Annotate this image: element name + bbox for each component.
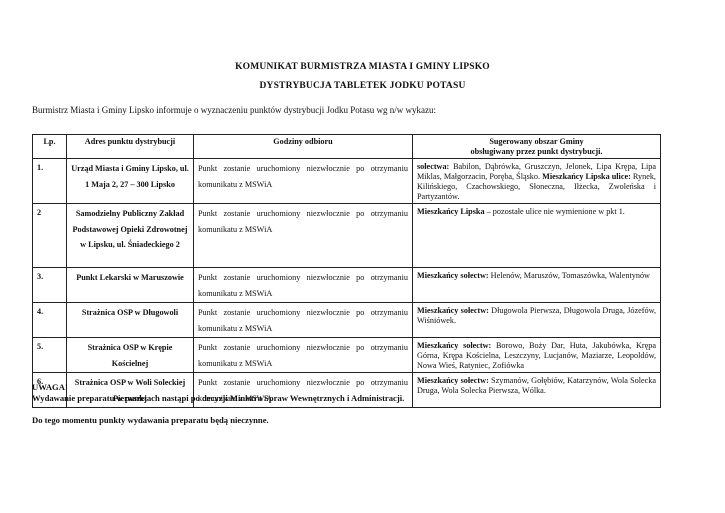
warning-line: Wydawanie preparatu w punktach nastąpi p… <box>32 393 404 403</box>
column-header-lp: Lp. <box>33 135 67 159</box>
row-area: Mieszkańcy sołectw: Helenów, Maruszów, T… <box>413 268 661 303</box>
area-label: Mieszkańcy sołectw: <box>417 271 489 280</box>
area-text: Helenów, Maruszów, Tomaszówka, Walentynó… <box>489 271 650 280</box>
row-area: Mieszkańcy sołectw: Szymanów, Gołębiów, … <box>413 373 661 408</box>
row-area: Mieszkańcy sołectw: Długowola Pierwsza, … <box>413 303 661 338</box>
row-address: Strażnica OSP w Długowoli <box>67 303 194 338</box>
row-hours: Punkt zostanie uruchomiony niezwłocznie … <box>194 159 413 204</box>
column-header-area: Sugerowany obszar Gminyobsługiwany przez… <box>413 135 661 159</box>
area-header-line1: Sugerowany obszar Gminy <box>489 137 583 146</box>
row-hours: Punkt zostanie uruchomiony niezwłocznie … <box>194 338 413 373</box>
row-number: 2 <box>33 204 67 268</box>
row-number: 4. <box>33 303 67 338</box>
area-label: Mieszkańcy sołectw: <box>417 376 489 385</box>
row-number: 5. <box>33 338 67 373</box>
table-row: 5. Strażnica OSP w Krępie Kościelnej Pun… <box>33 338 661 373</box>
row-address: Strażnica OSP w Krępie Kościelnej <box>67 338 194 373</box>
intro-paragraph: Burmistrz Miasta i Gminy Lipsko informuj… <box>32 105 436 115</box>
area-label: Mieszkańcy sołectw: <box>417 341 491 350</box>
row-area: sołectwa: Babilon, Dąbrówka, Gruszczyn, … <box>413 159 661 204</box>
area-label-2: Mieszkańcy Lipska ulice: <box>542 172 631 181</box>
row-number: 1. <box>33 159 67 204</box>
table-header-row: Lp. Adres punktu dystrybucji Godziny odb… <box>33 135 661 159</box>
row-hours: Punkt zostanie uruchomiony niezwłocznie … <box>194 303 413 338</box>
area-text: – pozostałe ulice nie wymienione w pkt 1… <box>485 207 625 216</box>
area-label: Mieszkańcy Lipska <box>417 207 485 216</box>
area-label: sołectwa: <box>417 162 449 171</box>
row-hours: Punkt zostanie uruchomiony niezwłocznie … <box>194 268 413 303</box>
table-row: 1. Urząd Miasta i Gminy Lipsko, ul. 1 Ma… <box>33 159 661 204</box>
table-row: 3. Punkt Lekarski w Maruszowie Punkt zos… <box>33 268 661 303</box>
area-label: Mieszkańcy sołectw: <box>417 306 489 315</box>
document-subtitle: DYSTRYBUCJA TABLETEK JODKU POTASU <box>0 81 725 91</box>
row-address: Urząd Miasta i Gminy Lipsko, ul. 1 Maja … <box>67 159 194 204</box>
document-title: KOMUNIKAT BURMISTRZA MIASTA I GMINY LIPS… <box>0 62 725 72</box>
closing-note: Do tego momentu punkty wydawania prepara… <box>32 415 269 425</box>
area-header-line2: obsługiwany przez punkt dystrybucji. <box>471 147 603 156</box>
row-address: Samodzielny Publiczny Zakład Podstawowej… <box>67 204 194 268</box>
distribution-points-table: Lp. Adres punktu dystrybucji Godziny odb… <box>32 134 661 408</box>
row-number: 3. <box>33 268 67 303</box>
row-hours: Punkt zostanie uruchomiony niezwłocznie … <box>194 204 413 268</box>
row-area: Mieszkańcy Lipska – pozostałe ulice nie … <box>413 204 661 268</box>
table-row: 4. Strażnica OSP w Długowoli Punkt zosta… <box>33 303 661 338</box>
column-header-address: Adres punktu dystrybucji <box>67 135 194 159</box>
table-row: 2 Samodzielny Publiczny Zakład Podstawow… <box>33 204 661 268</box>
row-address: Punkt Lekarski w Maruszowie <box>67 268 194 303</box>
column-header-hours: Godziny odbioru <box>194 135 413 159</box>
warning-heading: UWAGA! <box>32 382 68 392</box>
row-area: Mieszkańcy sołectw: Borowo, Boży Dar, Hu… <box>413 338 661 373</box>
